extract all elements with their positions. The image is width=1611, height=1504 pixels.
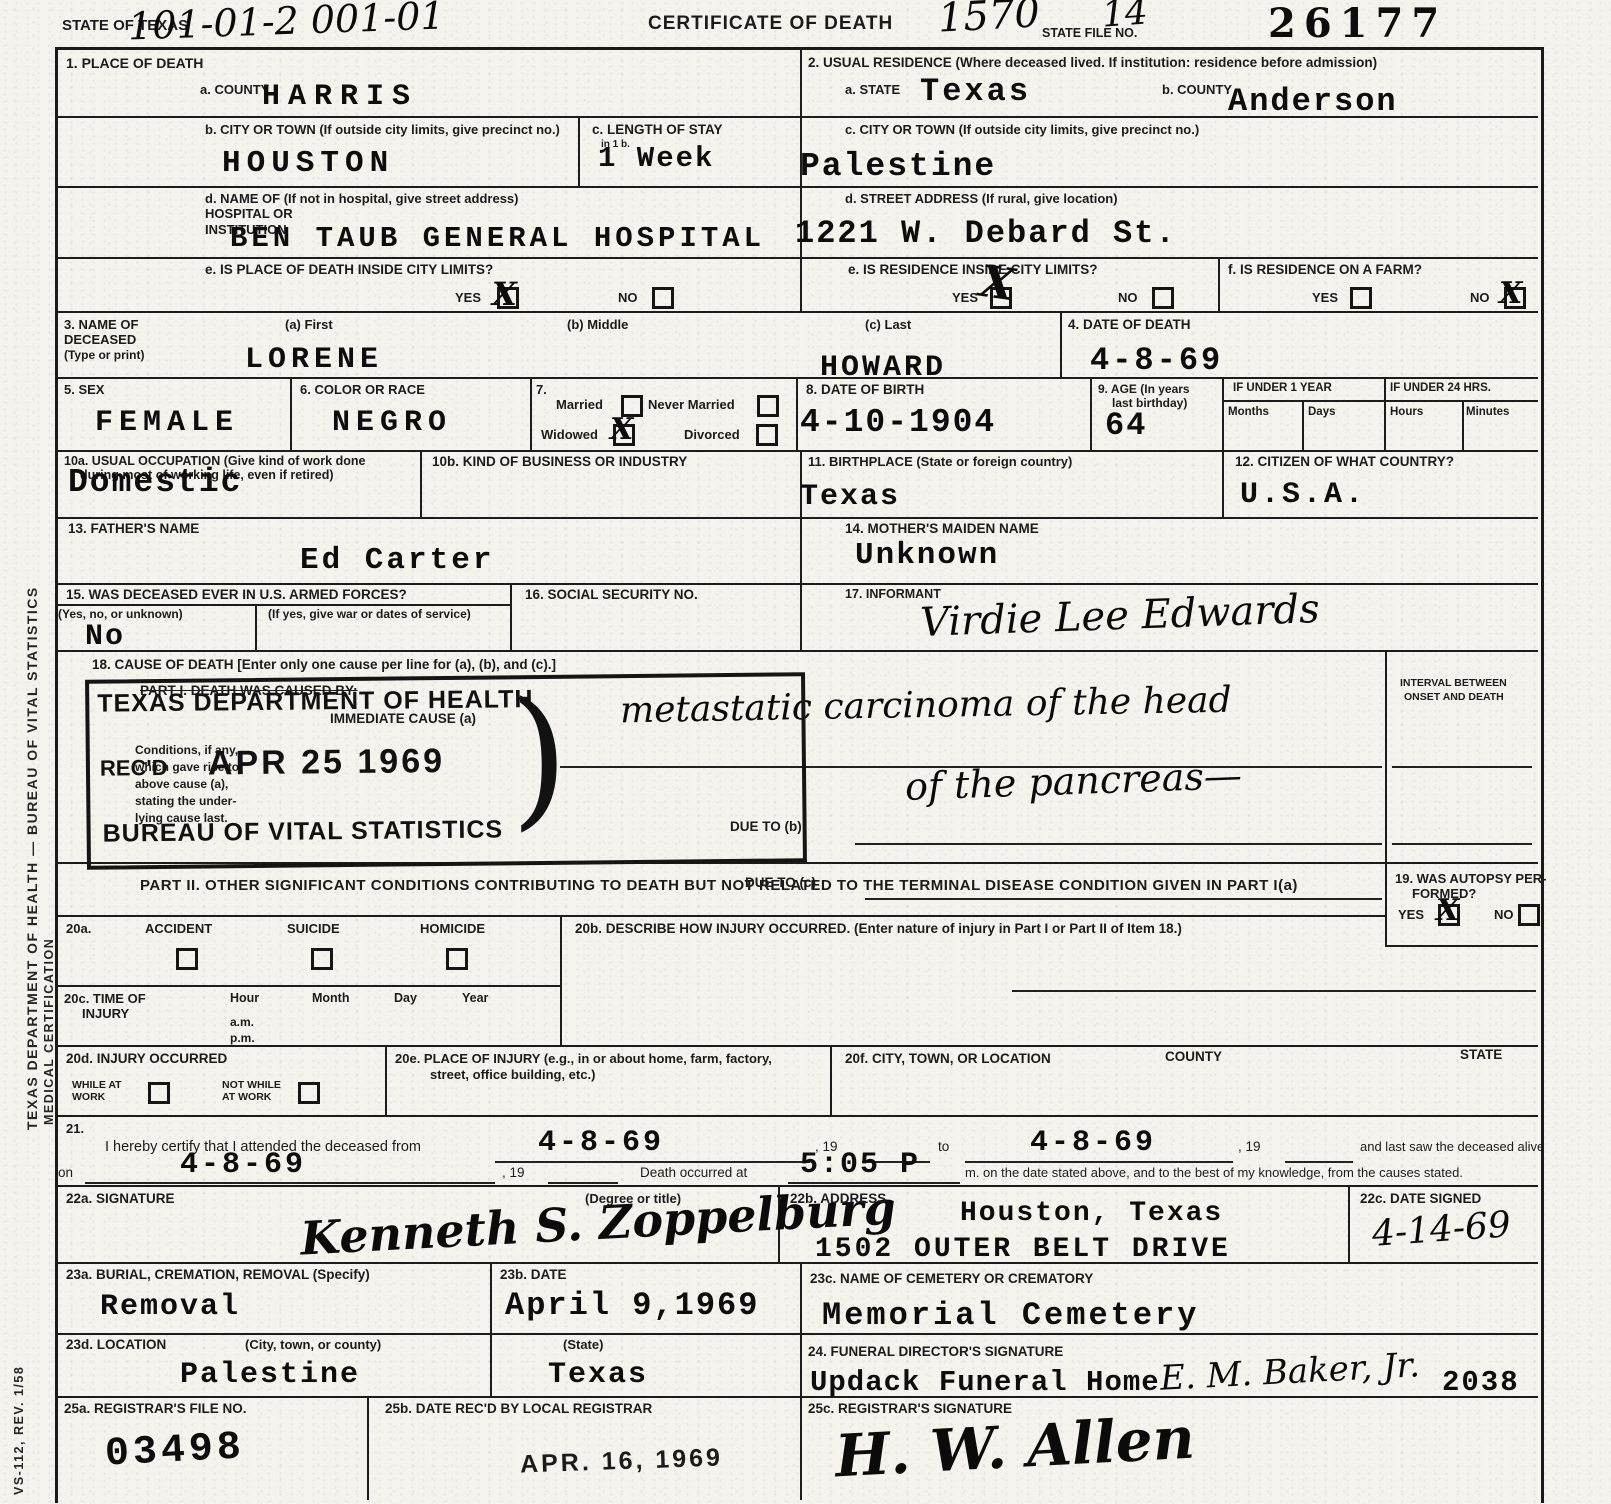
certify-to-label: to <box>938 1140 949 1155</box>
burial-value: Removal <box>100 1292 240 1322</box>
physician-signature-label: 22a. SIGNATURE <box>66 1192 175 1207</box>
injury-county-label: COUNTY <box>1165 1050 1222 1065</box>
deceased-name-label: 3. NAME OF <box>64 318 138 332</box>
residence-limits-label: e. IS RESIDENCE INSIDE CITY LIMITS? <box>848 263 1098 278</box>
mother-name-label: 14. MOTHER'S MAIDEN NAME <box>845 522 1039 537</box>
hospital-name-label-2: HOSPITAL OR <box>205 207 293 221</box>
birthplace-label: 11. BIRTHPLACE (State or foreign country… <box>808 455 1072 469</box>
sidebar-medical-certification-text: MEDICAL CERTIFICATION <box>42 855 56 1125</box>
age-value: 64 <box>1105 410 1147 442</box>
never-married-label: Never Married <box>648 398 735 412</box>
checkbox-divorced <box>756 424 778 446</box>
time-of-injury-label: 20c. TIME OF <box>64 992 146 1006</box>
describe-injury-label: 20b. DESCRIBE HOW INJURY OCCURRED. (Ente… <box>575 922 1182 937</box>
sidebar-department-text: TEXAS DEPARTMENT OF HEALTH — BUREAU OF V… <box>24 250 40 1130</box>
certify-date-to: 4-8-69 <box>1030 1128 1156 1158</box>
year-label: Year <box>462 992 488 1006</box>
residence-city-value: Palestine <box>800 150 996 183</box>
sex-label: 5. SEX <box>64 383 104 397</box>
checkbox-not-while-at-work <box>298 1082 320 1104</box>
physician-address-line-2: 1502 OUTER BELT DRIVE <box>815 1236 1231 1264</box>
accident-label: ACCIDENT <box>145 922 212 936</box>
citizen-value: U.S.A. <box>1240 480 1366 510</box>
middle-name-label: (b) Middle <box>567 318 628 332</box>
injury-state-label: STATE <box>1460 1048 1502 1063</box>
date-of-death-label: 4. DATE OF DEATH <box>1068 318 1191 333</box>
residence-city-label: c. CITY OR TOWN (If outside city limits,… <box>845 123 1199 137</box>
widowed-label: Widowed <box>541 428 598 442</box>
age-label: 9. AGE (In years <box>1098 383 1190 396</box>
certify-21-label: 21. <box>66 1122 84 1136</box>
residence-limits-no-label: NO <box>1118 291 1138 305</box>
place-limits-no-label: NO <box>618 291 638 305</box>
physician-address-label: 22b. ADDRESS <box>790 1192 886 1207</box>
checkbox-homicide <box>446 948 468 970</box>
first-name-label: (a) First <box>285 318 333 332</box>
burial-state-value: Texas <box>548 1360 648 1390</box>
certify-19-b: , 19 <box>1238 1140 1261 1155</box>
checkbox-suicide <box>311 948 333 970</box>
not-while-at-work-label: NOT WHILE <box>222 1080 281 1091</box>
place-city-label: b. CITY OR TOWN (If outside city limits,… <box>205 123 560 137</box>
place-county-label: a. COUNTY <box>200 83 269 97</box>
certificate-number: 26177 <box>1268 4 1447 44</box>
hospital-name-value: BEN TAUB GENERAL HOSPITAL <box>230 224 765 253</box>
checkbox-never-married <box>757 395 779 417</box>
day-label: Day <box>394 992 417 1006</box>
industry-label: 10b. KIND OF BUSINESS OR INDUSTRY <box>432 455 687 470</box>
if-under-24-hrs-label: IF UNDER 24 HRS. <box>1390 382 1491 394</box>
residence-street-value: 1221 W. Debard St. <box>795 218 1177 250</box>
hours-label: Hours <box>1390 406 1423 418</box>
homicide-label: HOMICIDE <box>420 922 485 936</box>
physician-address-line-1: Houston, Texas <box>960 1200 1223 1228</box>
suicide-label: SUICIDE <box>287 922 340 936</box>
burial-location-label: 23d. LOCATION <box>66 1338 166 1353</box>
injury-occurred-label: 20d. INJURY OCCURRED <box>66 1052 227 1067</box>
cemetery-label: 23c. NAME OF CEMETERY OR CREMATORY <box>810 1272 1093 1287</box>
autopsy-no-label: NO <box>1494 908 1514 922</box>
race-label: 6. COLOR OR RACE <box>300 383 425 397</box>
checkbox-place-limits-no <box>652 287 674 309</box>
funeral-home-value: Updack Funeral Home <box>810 1368 1160 1397</box>
checkbox-while-at-work <box>148 1082 170 1104</box>
death-certificate-scan: STATE OF TEXAS 101-01-2 001-01 CERTIFICA… <box>0 0 1611 1504</box>
time-of-injury-label-2: INJURY <box>82 1007 129 1021</box>
date-of-birth-value: 4-10-1904 <box>800 406 996 439</box>
month-label: Month <box>312 992 349 1006</box>
date-of-birth-label: 8. DATE OF BIRTH <box>806 383 924 398</box>
farm-yes-label: YES <box>1312 291 1338 305</box>
certify-on-label: on <box>58 1166 73 1181</box>
place-of-injury-label: 20e. PLACE OF INJURY (e.g., in or about … <box>395 1052 772 1066</box>
burial-location-sublabel: (City, town, or county) <box>245 1338 381 1352</box>
funeral-director-label: 24. FUNERAL DIRECTOR'S SIGNATURE <box>808 1345 1063 1360</box>
days-label: Days <box>1308 406 1336 418</box>
hospital-name-label: d. NAME OF (If not in hospital, give str… <box>205 192 518 206</box>
checkmark-widowed: X <box>610 415 633 445</box>
autopsy-yes-label: YES <box>1398 908 1424 922</box>
checkbox-residence-limits-no <box>1152 287 1174 309</box>
certify-date-alive: 4-8-69 <box>180 1150 306 1180</box>
ssn-label: 16. SOCIAL SECURITY NO. <box>525 588 698 603</box>
residence-county-value: Anderson <box>1228 86 1398 118</box>
race-value: NEGRO <box>332 408 452 438</box>
deceased-name-label-3: (Type or print) <box>64 349 144 362</box>
certificate-title: CERTIFICATE OF DEATH <box>648 14 893 35</box>
date-of-death-value: 4-8-69 <box>1090 345 1223 377</box>
minutes-label: Minutes <box>1466 406 1509 418</box>
interval-label-2: ONSET AND DEATH <box>1404 692 1504 703</box>
am-label: a.m. <box>230 1016 254 1029</box>
checkbox-autopsy-no <box>1518 904 1540 926</box>
residence-farm-label: f. IS RESIDENCE ON A FARM? <box>1228 263 1422 278</box>
certify-19-c: , 19 <box>502 1166 525 1181</box>
hour-label: Hour <box>230 992 259 1006</box>
cause-b-handwriting: of the pancreas— <box>904 756 1242 806</box>
burial-location-value: Palestine <box>180 1360 360 1390</box>
marital-box-label: 7. <box>536 383 547 397</box>
farm-no-label: NO <box>1470 291 1490 305</box>
place-limits-yes-label: YES <box>455 291 481 305</box>
received-stamp: TEXAS DEPARTMENT OF HEALTH REC'D APR 25 … <box>85 672 807 870</box>
cemetery-value: Memorial Cemetery <box>822 1300 1199 1332</box>
first-name-value: LORENE <box>245 345 383 375</box>
registrar-file-value: 03498 <box>104 1428 246 1475</box>
checkmark-autopsy-yes: X <box>1436 896 1459 926</box>
checkbox-accident <box>176 948 198 970</box>
months-label: Months <box>1228 406 1269 418</box>
if-under-1-year-label: IF UNDER 1 YEAR <box>1233 382 1332 394</box>
place-of-death-section-label: 1. PLACE OF DEATH <box>66 56 203 71</box>
registrar-file-label: 25a. REGISTRAR'S FILE NO. <box>64 1402 247 1417</box>
certify-date-from: 4-8-69 <box>538 1128 664 1158</box>
injury-city-label: 20f. CITY, TOWN, OR LOCATION <box>845 1052 1051 1067</box>
birthplace-value: Texas <box>800 482 900 512</box>
injury-20a-label: 20a. <box>66 922 91 936</box>
date-signed-value: 4-14-69 <box>1371 1207 1512 1253</box>
while-at-work-label-2: WORK <box>72 1092 105 1103</box>
checkmark-farm-no: X <box>1499 279 1522 309</box>
length-of-stay-label: c. LENGTH OF STAY <box>592 123 723 138</box>
part2-label: PART II. OTHER SIGNIFICANT CONDITIONS CO… <box>140 878 1298 894</box>
interval-label-1: INTERVAL BETWEEN <box>1400 678 1507 689</box>
last-name-value: HOWARD <box>820 353 946 383</box>
state-file-no-label: STATE FILE NO. <box>1042 27 1137 41</box>
death-time-value: 5:05 P <box>800 1150 920 1180</box>
sidebar-form-number: VS-112, REV. 1/58 <box>12 1285 26 1495</box>
checkmark-residence-limits-yes: X <box>977 260 1017 308</box>
certify-text-4: m. on the date stated above, and to the … <box>965 1166 1463 1180</box>
checkmark-place-limits-yes: X <box>492 278 517 310</box>
burial-date-value: April 9,1969 <box>505 1290 759 1322</box>
certify-text-3: Death occurred at <box>640 1166 747 1181</box>
deceased-name-label-2: DECEASED <box>64 333 136 347</box>
residence-county-label: b. COUNTY <box>1162 83 1232 97</box>
last-name-label: (c) Last <box>865 318 911 332</box>
burial-state-sublabel: (State) <box>563 1338 603 1352</box>
stamp-line-3: BUREAU OF VITAL STATISTICS <box>102 815 503 848</box>
pm-label: p.m. <box>230 1032 255 1045</box>
length-of-stay-value: 1 Week <box>598 144 714 173</box>
while-at-work-label: WHILE AT <box>72 1080 122 1091</box>
citizen-label: 12. CITIZEN OF WHAT COUNTRY? <box>1235 455 1454 470</box>
certify-text-2: and last saw the deceased alive <box>1360 1140 1544 1154</box>
registrar-signature: H. W. Allen <box>834 1409 1196 1486</box>
burial-label: 23a. BURIAL, CREMATION, REMOVAL (Specify… <box>66 1268 370 1283</box>
stamp-line-1: TEXAS DEPARTMENT OF HEALTH <box>97 685 533 719</box>
armed-forces-sublabel-2: (If yes, give war or dates of service) <box>268 608 471 621</box>
burial-date-label: 23b. DATE <box>500 1268 567 1283</box>
place-city-limits-label: e. IS PLACE OF DEATH INSIDE CITY LIMITS? <box>205 263 493 278</box>
father-name-label: 13. FATHER'S NAME <box>68 522 199 537</box>
armed-forces-label: 15. WAS DECEASED EVER IN U.S. ARMED FORC… <box>66 588 407 603</box>
cause-of-death-label: 18. CAUSE OF DEATH [Enter only one cause… <box>92 658 556 673</box>
stamp-date: APR 25 1969 <box>208 742 446 783</box>
date-signed-label: 22c. DATE SIGNED <box>1360 1192 1481 1207</box>
autopsy-label: 19. WAS AUTOPSY PER- <box>1395 872 1546 886</box>
residence-street-label: d. STREET ADDRESS (If rural, give locati… <box>845 192 1118 206</box>
funeral-director-number: 2038 <box>1442 1368 1520 1397</box>
mother-name-value: Unknown <box>855 540 999 571</box>
armed-forces-sublabel-1: (Yes, no, or unknown) <box>58 608 183 621</box>
handwritten-district-number: 101-01-2 001-01 <box>127 0 445 46</box>
registrar-recd-label: 25b. DATE REC'D BY LOCAL REGISTRAR <box>385 1402 652 1417</box>
residence-state-label: a. STATE <box>845 83 900 97</box>
stamp-recd-label: REC'D <box>100 755 168 782</box>
father-name-value: Ed Carter <box>300 545 494 576</box>
residence-section-label: 2. USUAL RESIDENCE (Where deceased lived… <box>808 56 1377 71</box>
divorced-label: Divorced <box>684 428 740 442</box>
place-of-injury-label-2: street, office building, etc.) <box>430 1068 595 1082</box>
stamp-brace: ) <box>509 671 569 846</box>
occupation-value: Domestic <box>68 466 242 499</box>
place-city-value: HOUSTON <box>222 148 394 179</box>
place-county-value: HARRIS <box>262 82 418 112</box>
checkbox-farm-yes <box>1350 287 1372 309</box>
handwritten-file-number: 1570 <box>937 0 1041 39</box>
residence-state-value: Texas <box>920 76 1031 108</box>
not-while-at-work-label-2: AT WORK <box>222 1092 271 1103</box>
armed-forces-value: No <box>85 622 125 652</box>
residence-limits-yes-label: YES <box>952 291 978 305</box>
married-label: Married <box>556 398 603 412</box>
sex-value: FEMALE <box>95 408 239 438</box>
